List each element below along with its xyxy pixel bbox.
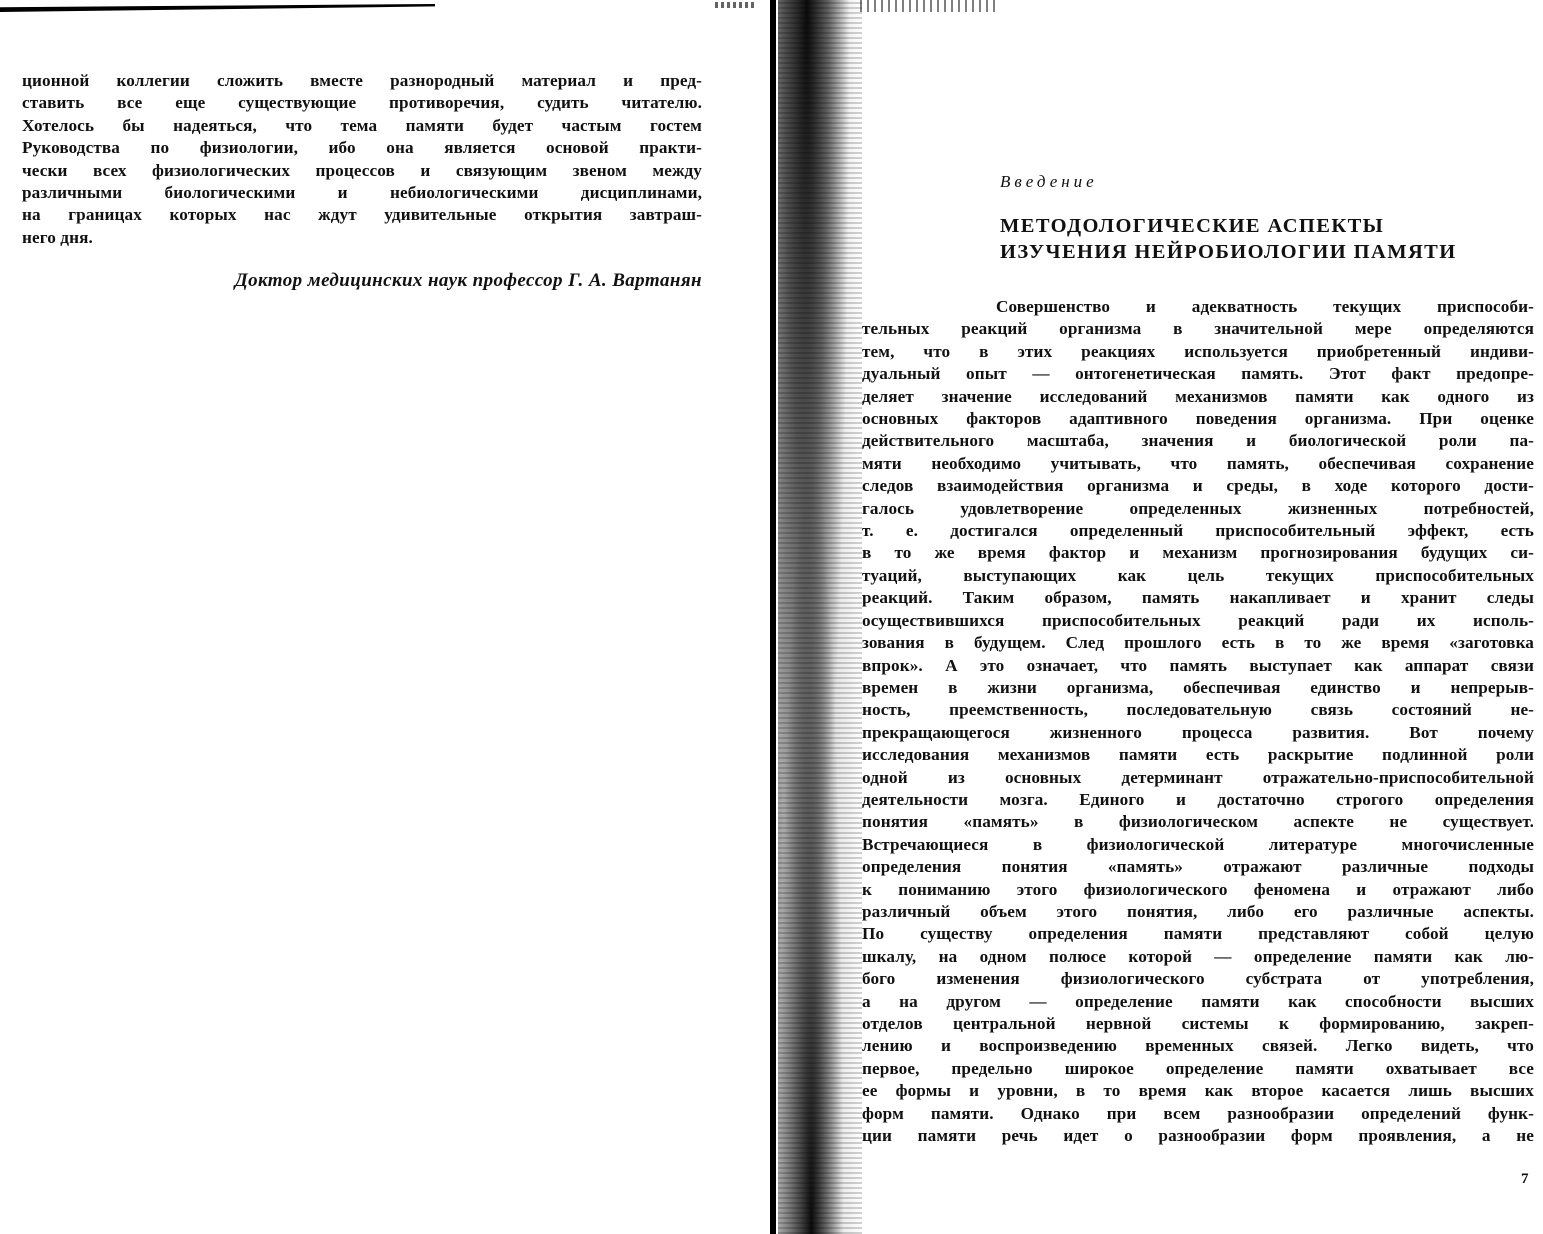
section-label: Введение (1000, 172, 1098, 192)
text-line: к пониманию этого физиологического феном… (862, 879, 1534, 901)
text-line: исследования механизмов памяти есть раск… (862, 744, 1534, 766)
text-line: бого изменения физиологического субстрат… (862, 968, 1534, 990)
text-line: шкалу, на одном полюсе которой — определ… (862, 946, 1534, 968)
page-number: 7 (1521, 1171, 1529, 1188)
text-line: деятельности мозга. Единого и достаточно… (862, 789, 1534, 811)
text-line: зования в будущем. След прошлого есть в … (862, 632, 1534, 654)
author-signature: Доктор медицинских наук профессор Г. А. … (140, 270, 702, 292)
top-edge-shadow (0, 4, 435, 12)
text-line: а на другом — определение памяти как спо… (862, 991, 1534, 1013)
text-line: т. е. достигался определенный приспособи… (862, 520, 1534, 542)
left-page-paragraph: ционной коллегии сложить вместе разнород… (22, 70, 702, 249)
text-line: ции памяти речь идет о разнообразии форм… (862, 1125, 1534, 1147)
text-line: прекращающегося жизненного процесса разв… (862, 722, 1534, 744)
text-line: основных факторов адаптивного поведения … (862, 408, 1534, 430)
right-page-paragraph: Совершенство и адекватность текущих прис… (862, 296, 1534, 1147)
text-line: деляет значение исследований механизмов … (862, 386, 1534, 408)
text-line: Хотелось бы надеяться, что тема памяти б… (22, 115, 702, 137)
text-line: ционной коллегии сложить вместе разнород… (22, 70, 702, 92)
text-line: времен в жизни организма, обеспечивая ед… (862, 677, 1534, 699)
text-line: осуществившихся приспособительных реакци… (862, 610, 1534, 632)
text-line: форм памяти. Однако при всем разнообрази… (862, 1103, 1534, 1125)
text-line: чески всех физиологических процессов и с… (22, 160, 702, 182)
text-line: туаций, выступающих как цель текущих при… (862, 565, 1534, 587)
scan-artifact (860, 0, 1000, 12)
text-line: следов взаимодействия организма и среды,… (862, 475, 1534, 497)
text-line: тельных реакций организма в значительной… (862, 318, 1534, 340)
text-line: По существу определения памяти представл… (862, 923, 1534, 945)
text-line: лению и воспроизведению временных связей… (862, 1035, 1534, 1057)
text-line: ность, преемственность, последовательную… (862, 699, 1534, 721)
book-spine-shadow (770, 0, 862, 1234)
text-line: различными биологическими и небиологичес… (22, 182, 702, 204)
text-line: различный объем этого понятия, либо его … (862, 901, 1534, 923)
text-line: действительного масштаба, значения и био… (862, 430, 1534, 452)
text-line: Совершенство и адекватность текущих прис… (862, 296, 1534, 318)
text-line: одной из основных детерминант отражатель… (862, 767, 1534, 789)
text-line: мяти необходимо учитывать, что память, о… (862, 453, 1534, 475)
text-line: галось удовлетворение определенных жизне… (862, 498, 1534, 520)
chapter-title-line: МЕТОДОЛОГИЧЕСКИЕ АСПЕКТЫ (1000, 213, 1457, 239)
text-line: отделов центральной нервной системы к фо… (862, 1013, 1534, 1035)
text-line: дуальный опыт — онтогенетическая память.… (862, 363, 1534, 385)
text-line: ставить все еще существующие противоречи… (22, 92, 702, 114)
text-line: понятия «память» в физиологическом аспек… (862, 811, 1534, 833)
chapter-title: МЕТОДОЛОГИЧЕСКИЕ АСПЕКТЫ ИЗУЧЕНИЯ НЕЙРОБ… (1000, 213, 1457, 265)
text-line: него дня. (22, 227, 702, 249)
chapter-title-line: ИЗУЧЕНИЯ НЕЙРОБИОЛОГИИ ПАМЯТИ (1000, 239, 1457, 265)
text-line: ее формы и уровни, в то время как второе… (862, 1080, 1534, 1102)
text-line: Встречающиеся в физиологической литерату… (862, 834, 1534, 856)
text-line: Руководства по физиологии, ибо она являе… (22, 137, 702, 159)
text-line: определения понятия «память» отражают ра… (862, 856, 1534, 878)
scan-artifact (715, 2, 755, 8)
text-line: впрок». А это означает, что память высту… (862, 655, 1534, 677)
text-line: тем, что в этих реакциях используется пр… (862, 341, 1534, 363)
text-line: на границах которых нас ждут удивительны… (22, 204, 702, 226)
left-page: ционной коллегии сложить вместе разнород… (0, 0, 770, 1234)
text-line: в то же время фактор и механизм прогнози… (862, 542, 1534, 564)
text-line: первое, предельно широкое определение па… (862, 1058, 1534, 1080)
text-line: реакций. Таким образом, память накаплива… (862, 587, 1534, 609)
